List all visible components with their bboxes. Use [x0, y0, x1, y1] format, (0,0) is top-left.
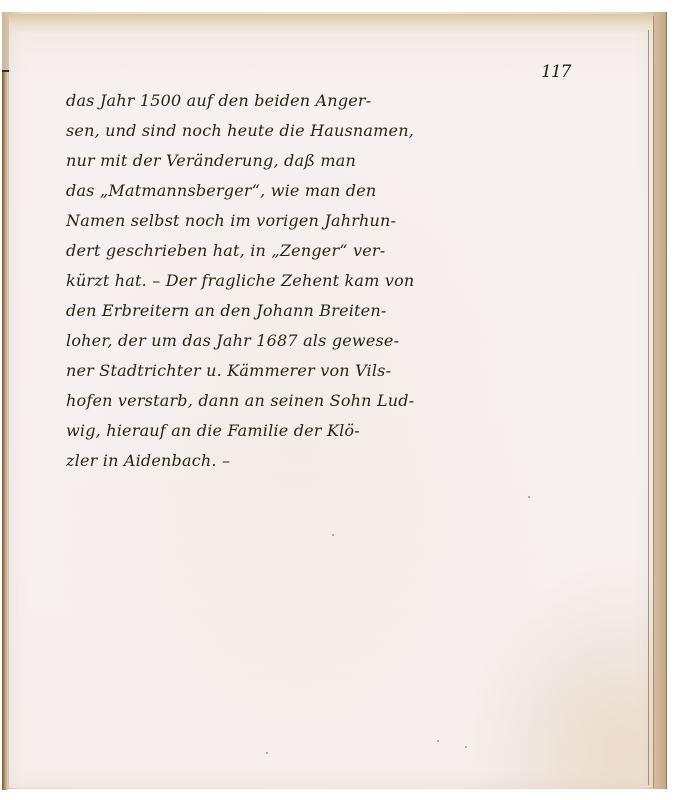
text-line: ner Stadtrichter u. Kämmerer von Vils- — [66, 356, 526, 386]
handwritten-text-block: das Jahr 1500 auf den beiden Anger- sen,… — [66, 86, 526, 476]
top-page-fold — [9, 14, 653, 34]
text-line: hofen verstarb, dann an seinen Sohn Lud- — [66, 386, 526, 416]
text-line: nur mit der Veränderung, daß man — [66, 146, 526, 176]
text-line: wig, hierauf an die Familie der Klö- — [66, 416, 526, 446]
text-line: das Jahr 1500 auf den beiden Anger- — [66, 86, 526, 116]
paper-speck — [266, 752, 268, 754]
text-line: das „Matmannsberger“, wie man den — [66, 176, 526, 206]
book-binding-edge — [2, 70, 8, 790]
paper-speck — [465, 746, 467, 748]
text-line: loher, der um das Jahr 1687 als gewese- — [66, 326, 526, 356]
paper-speck — [528, 496, 530, 498]
text-line: Namen selbst noch im vorigen Jahrhun- — [66, 206, 526, 236]
scanned-page-image: 117 das Jahr 1500 auf den beiden Anger- … — [0, 0, 677, 800]
text-line: zler in Aidenbach. – — [66, 446, 526, 476]
right-page-crease — [648, 30, 649, 785]
text-line: sen, und sind noch heute die Hausnamen, — [66, 116, 526, 146]
paper-speck — [332, 534, 334, 536]
text-line: dert geschrieben hat, in „Zenger“ ver- — [66, 236, 526, 266]
text-line: den Erbreitern an den Johann Breiten- — [66, 296, 526, 326]
page-number: 117 — [541, 62, 570, 82]
paper-speck — [437, 740, 439, 742]
text-line: kürzt hat. – Der fragliche Zehent kam vo… — [66, 266, 526, 296]
